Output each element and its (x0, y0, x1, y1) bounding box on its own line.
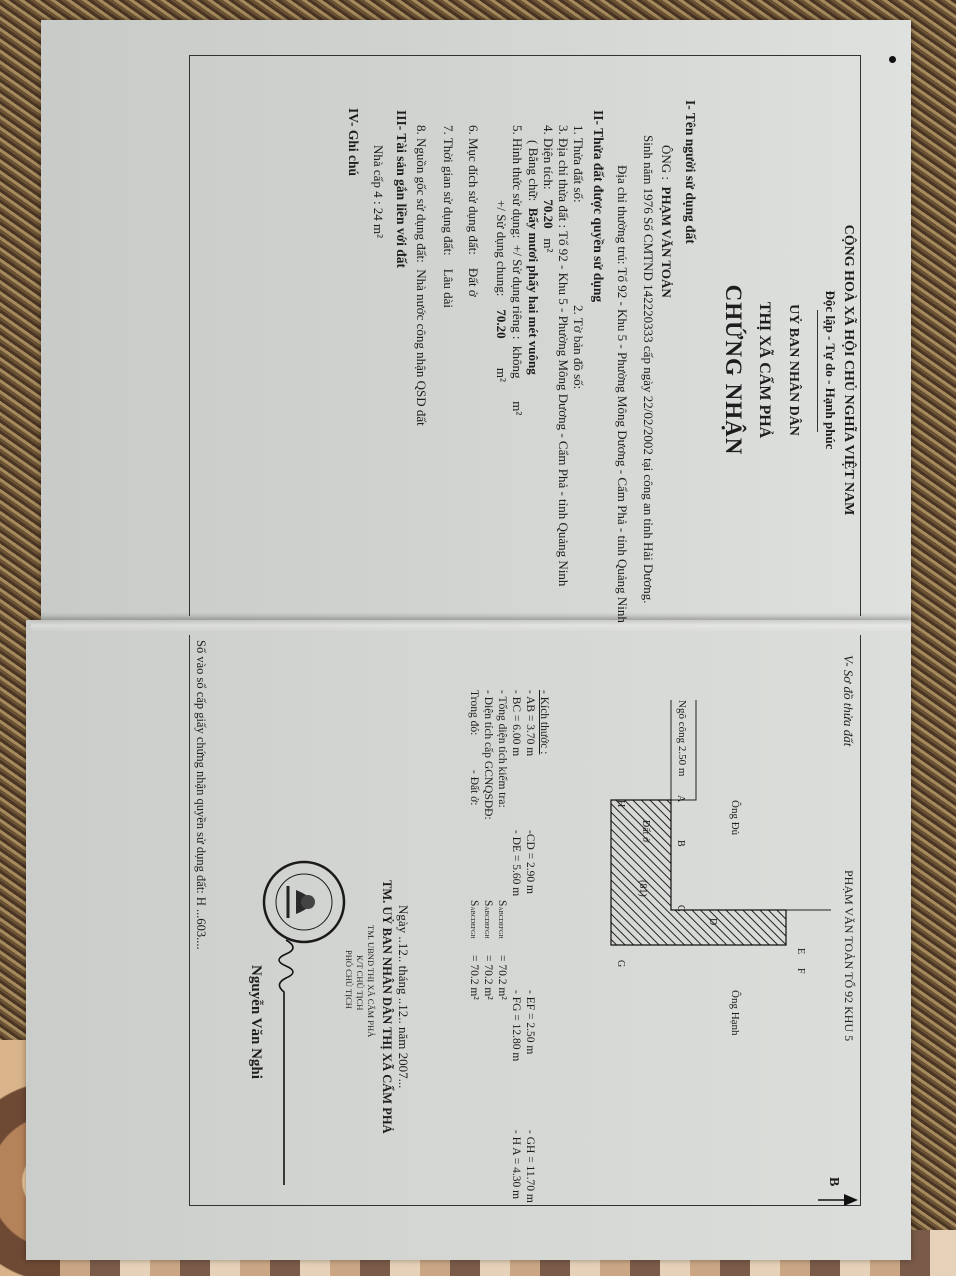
house-info: Nhà cấp 4 : 24 m² (370, 145, 386, 238)
land-type-area-label: - Đất ở: (467, 770, 481, 805)
term-label: 7. Thời gian sử dụng đất: (441, 125, 456, 256)
of-which-label: Trong đó: (467, 690, 481, 735)
signer-name: Nguyễn Văn Nghi (247, 965, 264, 1079)
dim-gh: - GH = 11.70 m (523, 1130, 537, 1203)
motto: Độc lập - Tự do - Hạnh phúc (822, 190, 838, 550)
owner-label: ÔNG : (659, 145, 674, 180)
term-line: 7. Thời gian sử dụng đất: Lâu dài (440, 125, 456, 308)
nation-heading: CỘNG HOÀ XÃ HỘI CHỦ NGHĨA VIỆT NAM (840, 190, 856, 550)
dim-ef: - EF = 2.50 m (523, 990, 537, 1054)
dim-ab: - AB = 3.70 m (523, 690, 537, 756)
map-sheet-number: 2. Tờ bản đồ số: (570, 305, 586, 389)
shared-use-unit: m² (494, 368, 509, 382)
signing-authority: TM. UỶ BAN NHÂN DÂN THỊ XÃ CẨM PHẢ (379, 880, 394, 1134)
shared-use-line: +/ Sử dụng chung: 70.20 m² (493, 200, 509, 382)
area-value: 70.20 (541, 199, 556, 228)
point-g: G (615, 960, 626, 967)
owner-birth-id: Sinh năm 1976 Số CMTND 142220333 cấp ngà… (640, 135, 656, 604)
purpose-value: Đất ở (466, 268, 481, 297)
area-symbol-sub: ABCDEFGH (469, 906, 475, 938)
signing-kt: K/T CHỦ TỊCH (355, 955, 365, 1010)
private-use-value: không (510, 346, 525, 379)
dim-de: - DE = 5.60 m (509, 830, 523, 896)
point-h: H (615, 800, 626, 807)
authority-heading: UỶ BAN NHÂN DÂN (785, 190, 801, 550)
cert-area-label: - Diện tích cấp GCNQSDĐ: (481, 690, 495, 820)
shared-use-value: 70.20 (494, 309, 509, 338)
plot-address: 3. Địa chỉ thửa đất : Tổ 92 - Khu 5 - Ph… (555, 125, 571, 586)
cert-area-value: = 70.2 m² (481, 955, 495, 1000)
area-symbol-sub: ABCDEFGH (497, 906, 503, 938)
official-seal-icon (262, 860, 346, 944)
signing-authority-small: TM. UBND THỊ XÃ CẨM PHẢ (366, 925, 376, 1037)
dim-cd: -CD = 2.90 m (523, 830, 537, 894)
point-d: D (707, 918, 718, 925)
neighbor-top-label: Ông Đủ (729, 800, 741, 835)
owner-name: PHẠM VĂN TOẢN (659, 187, 674, 298)
shared-use-label: +/ Sử dụng chung: (494, 200, 509, 296)
section-1-heading: I- Tên người sử dụng đất (682, 100, 698, 244)
land-use-certificate: CỘNG HOÀ XÃ HỘI CHỦ NGHĨA VIỆT NAM Độc l… (0, 0, 956, 1276)
point-b: B (675, 840, 686, 847)
area-line: 4. Diện tích: 70.20 m² (540, 125, 556, 252)
section-4-heading: IV- Ghi chú (345, 108, 361, 176)
private-use-unit: m² (510, 401, 525, 415)
signing-position: PHÓ CHỦ TỊCH (344, 950, 354, 1009)
dim-ha: - H A = 4.30 m (509, 1130, 523, 1199)
point-c: C (675, 905, 686, 912)
registry-number: Số vào sổ cấp giấy chứng nhận quyền sử d… (193, 640, 208, 950)
area-words-line: ( Bằng chữ: Bẩy mươi phẩy hai mét vuông (525, 140, 541, 375)
plot-number: 1. Thửa đất số: (570, 125, 586, 203)
town-heading: THỊ XÃ CẨM PHẢ (755, 190, 773, 550)
parcel-marker: (81) (637, 880, 648, 897)
area-unit: m² (541, 238, 556, 252)
area-words-label: ( Bằng chữ: (526, 140, 541, 201)
header-rule (817, 310, 818, 432)
purpose-line: 6. Mục đích sử dụng đất: Đất ở (465, 125, 481, 297)
total-area-symbol: SABCDEFGH (493, 900, 509, 939)
signature-icon (266, 935, 306, 1195)
area-words: Bẩy mươi phẩy hai mét vuông (526, 208, 541, 375)
area-symbol-sub: ABCDEFGH (483, 906, 489, 938)
origin-value: Nhà nước công nhận QSD đất (414, 269, 429, 426)
certificate-title: CHỨNG NHẬN (720, 190, 746, 550)
section-3-heading: III- Tài sản gắn liền với đất (393, 110, 409, 268)
punch-hole (889, 56, 896, 63)
use-form-line: 5. Hình thức sử dụng: +/ Sử dụng riêng :… (509, 125, 525, 415)
owner-address: Địa chỉ thường trú: Tổ 92 - Khu 5 - Phườ… (614, 165, 630, 623)
use-form-label: 5. Hình thức sử dụng: (510, 125, 525, 238)
dimensions-heading: - Kích thước : (537, 690, 551, 754)
cert-area-symbol: SABCDEFGH (479, 900, 495, 939)
origin-label: 8. Nguồn gốc sử dụng đất: (414, 125, 429, 263)
term-value: Lâu dài (441, 269, 456, 308)
private-use-label: +/ Sử dụng riêng : (510, 245, 525, 340)
point-a: A (675, 795, 686, 802)
purpose-label: 6. Mục đích sử dụng đất: (466, 125, 481, 255)
neighbor-bottom-label: Ông Hạnh (729, 990, 741, 1036)
dim-bc: - BC = 6.00 m (509, 690, 523, 756)
area-label: 4. Diện tích: (541, 125, 556, 190)
issue-date: Ngày ..12.. tháng ..12.. năm 2007... (395, 905, 411, 1088)
land-type-label: Đất ở (640, 820, 651, 842)
total-area-label: - Tổng diện tích kiểm tra: (495, 690, 509, 808)
dim-fg: - FG = 12.80 m (509, 990, 523, 1061)
lane-label: Ngõ công 2.50 m (676, 700, 688, 776)
section-2-heading: II- Thửa đất được quyền sử dụng (590, 110, 606, 302)
land-type-area-value: = 70.2 m² (467, 955, 481, 1000)
land-area-symbol: SABCDEFGH (465, 900, 481, 939)
total-area-value: = 70.2 m² (495, 955, 509, 1000)
origin-line: 8. Nguồn gốc sử dụng đất: Nhà nước công … (413, 125, 429, 426)
point-f: F (795, 968, 806, 974)
point-e: E (795, 948, 806, 954)
owner-line: ÔNG : PHẠM VĂN TOẢN (658, 145, 674, 298)
